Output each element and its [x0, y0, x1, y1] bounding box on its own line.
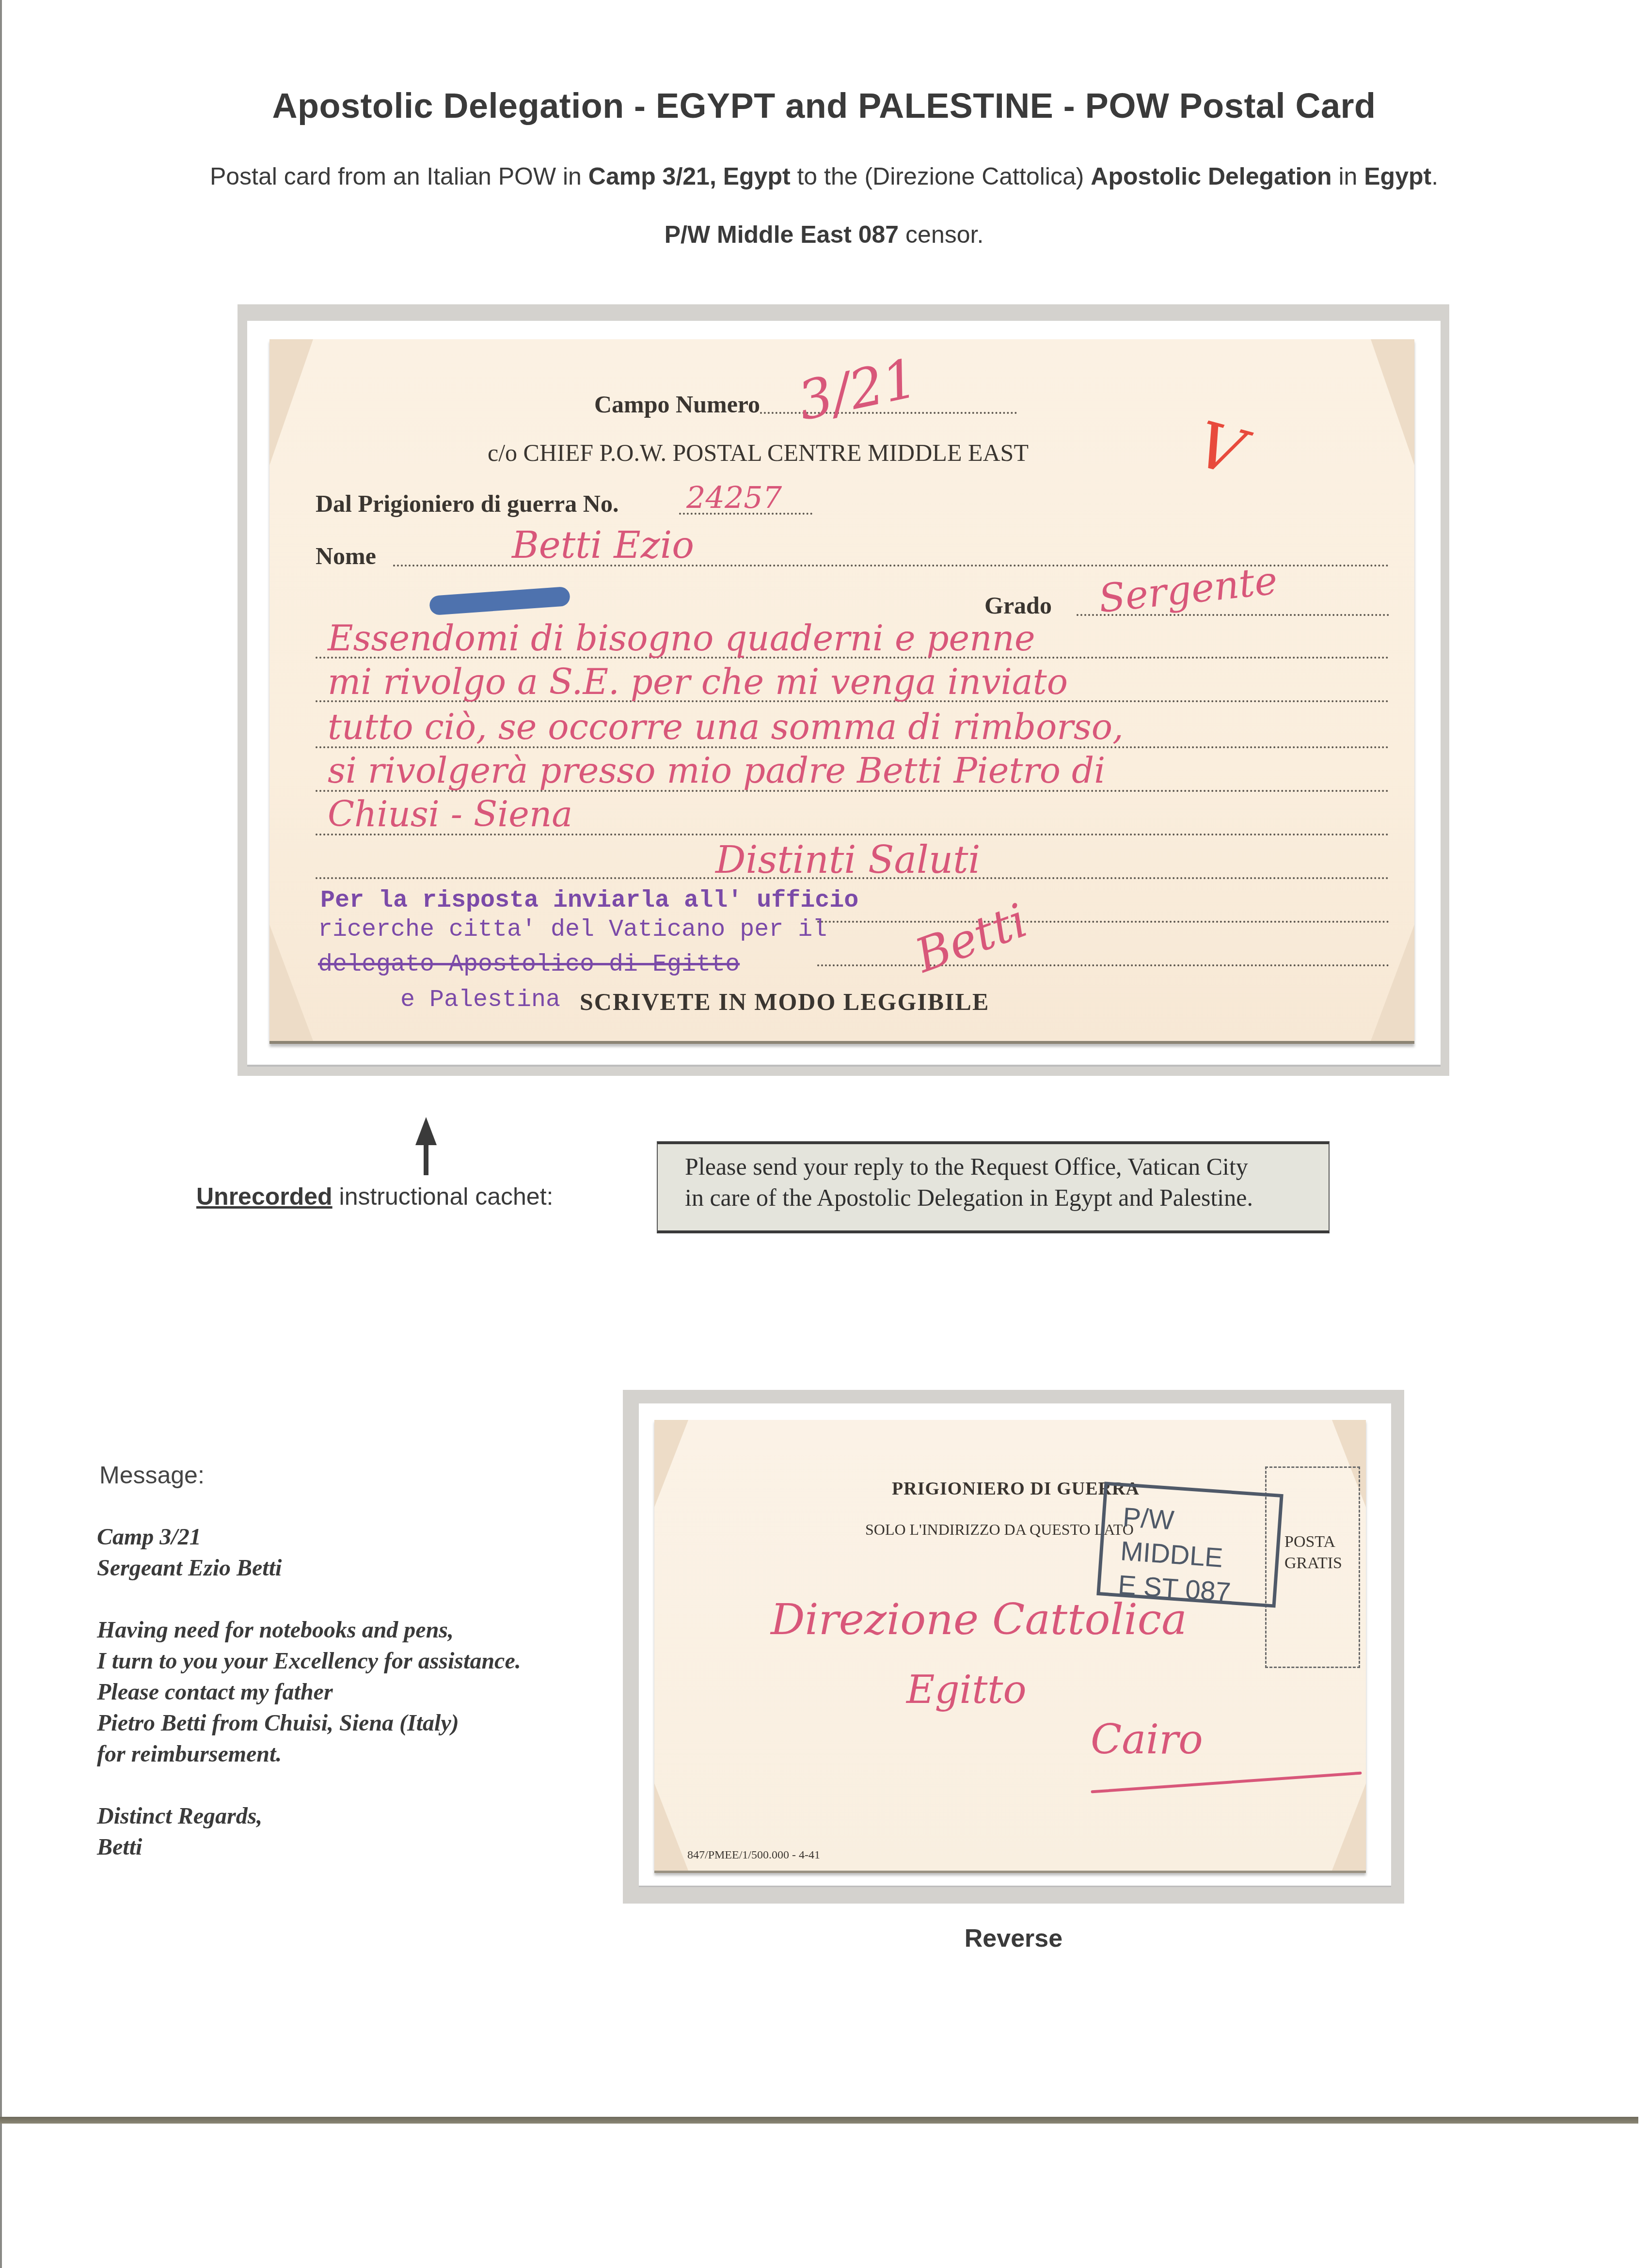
- corner-mount-bl: [654, 1783, 688, 1871]
- address-underline: [1091, 1771, 1362, 1793]
- dotted-line: [817, 921, 1389, 923]
- message-text: Having need for notebooks and pens,: [97, 1615, 521, 1646]
- arrow-shaft: [424, 1141, 428, 1175]
- message-text: Betti: [97, 1832, 521, 1863]
- page-title: Apostolic Delegation - EGYPT and PALESTI…: [0, 86, 1648, 126]
- front-postal-card: Campo Numero 3/21 c/o CHIEF P.O.W. POSTA…: [269, 339, 1414, 1044]
- subtitle-text: to the (Direzione Cattolica): [791, 163, 1091, 190]
- reverse-title: PRIGIONIERO DI GUERRA: [892, 1478, 1140, 1499]
- message-translation: Camp 3/21 Sergeant Ezio Betti Having nee…: [97, 1522, 521, 1863]
- reverse-label: Reverse: [623, 1924, 1404, 1953]
- message-line: Chiusi - Siena: [328, 794, 572, 835]
- cachet-line: ricerche citta' del Vaticano per il: [318, 916, 827, 944]
- blue-crayon-mark: [429, 586, 570, 615]
- message-closing: Distinti Saluti: [715, 838, 981, 882]
- subtitle-delegation: Apostolic Delegation: [1091, 163, 1331, 190]
- corner-mount-tl: [654, 1420, 688, 1507]
- address-line: Egitto: [906, 1667, 1027, 1712]
- print-code: 847/PMEE/1/500.000 - 4-41: [687, 1849, 820, 1862]
- message-text: Pietro Betti from Chuisi, Siena (Italy): [97, 1708, 521, 1739]
- subtitle-camp: Camp 3/21, Egypt: [588, 163, 791, 190]
- cachet-line: delegato Apostolico di Egitto: [318, 951, 740, 978]
- gratis-text: GRATIS: [1284, 1553, 1342, 1574]
- subtitle-text: Postal card from an Italian POW in: [210, 163, 588, 190]
- corner-mount-tr: [1371, 339, 1414, 465]
- cachet-line: Per la risposta inviarla all' ufficio: [320, 887, 858, 914]
- handwritten-rank: Sergente: [1096, 558, 1280, 621]
- subtitle-text: in: [1332, 163, 1364, 190]
- corner-mount-tl: [269, 339, 313, 465]
- subtitle-text: .: [1431, 163, 1438, 190]
- posta-gratis: POSTA GRATIS: [1284, 1531, 1342, 1574]
- translation-line: Please send your reply to the Request Of…: [685, 1151, 1329, 1182]
- prisoner-label: Dal Prigioniero di guerra No.: [316, 489, 618, 518]
- handwritten-camp-number: 3/21: [792, 347, 922, 433]
- censor-stamp-line: P/W MIDDLE: [1119, 1500, 1279, 1578]
- censor-line: P/W Middle East 087 censor.: [0, 220, 1648, 249]
- subtitle-egypt: Egypt: [1364, 163, 1431, 190]
- censor-stamp: P/W MIDDLE E ST 087: [1096, 1481, 1283, 1607]
- unrecorded-label: Unrecorded: [196, 1183, 333, 1210]
- grado-label: Grado: [984, 591, 1052, 619]
- message-text: I turn to you your Excellency for assist…: [97, 1646, 521, 1677]
- message-line: Essendomi di bisogno quaderni e penne: [328, 618, 1035, 659]
- card-footer: SCRIVETE IN MODO LEGGIBILE: [580, 988, 989, 1016]
- cachet-note: Unrecorded instructional cachet:: [196, 1182, 553, 1211]
- reverse-subtitle: SOLO L'INDIRIZZO DA QUESTO LATO: [865, 1521, 1134, 1539]
- message-heading: Message:: [99, 1461, 205, 1489]
- corner-mount-br: [1371, 925, 1414, 1041]
- censor-suffix: censor.: [899, 221, 983, 248]
- censor-name: P/W Middle East 087: [665, 221, 899, 248]
- page-subtitle: Postal card from an Italian POW in Camp …: [0, 162, 1648, 190]
- nome-label: Nome: [316, 542, 376, 570]
- cachet-note-text: instructional cachet:: [333, 1183, 554, 1210]
- corner-mount-br: [1332, 1783, 1366, 1871]
- cachet-line: e Palestina: [400, 986, 560, 1014]
- handwritten-name: Betti Ezio: [512, 523, 694, 567]
- campo-label: Campo Numero: [594, 390, 760, 418]
- page-edge: [0, 0, 2, 2268]
- check-mark-icon: V: [1189, 407, 1252, 490]
- signature: Betti: [908, 893, 1034, 983]
- cpo-line: c/o CHIEF P.O.W. POSTAL CENTRE MIDDLE EA…: [488, 439, 1029, 467]
- dotted-line: [817, 964, 1389, 966]
- message-line: tutto ciò, se occorre una somma di rimbo…: [328, 707, 1124, 747]
- message-text: Please contact my father: [97, 1677, 521, 1708]
- corner-mount-bl: [269, 925, 313, 1041]
- message-text: for reimbursement.: [97, 1739, 521, 1770]
- address-line: Cairo: [1091, 1716, 1203, 1763]
- posta-text: POSTA: [1284, 1531, 1342, 1553]
- cachet-translation-box: Please send your reply to the Request Of…: [657, 1141, 1330, 1233]
- reverse-postal-card: PRIGIONIERO DI GUERRA SOLO L'INDIRIZZO D…: [654, 1420, 1366, 1873]
- message-text: Distinct Regards,: [97, 1801, 521, 1832]
- handwritten-prisoner-number: 24257: [686, 480, 782, 515]
- address-line: Direzione Cattolica: [771, 1594, 1187, 1644]
- message-text: Camp 3/21: [97, 1522, 521, 1553]
- translation-line: in care of the Apostolic Delegation in E…: [685, 1182, 1329, 1213]
- message-text: Sergeant Ezio Betti: [97, 1553, 521, 1584]
- message-line: si rivolgerà presso mio padre Betti Piet…: [328, 750, 1105, 791]
- bottom-divider: [0, 2117, 1638, 2124]
- message-line: mi rivolgo a S.E. per che mi venga invia…: [328, 661, 1068, 702]
